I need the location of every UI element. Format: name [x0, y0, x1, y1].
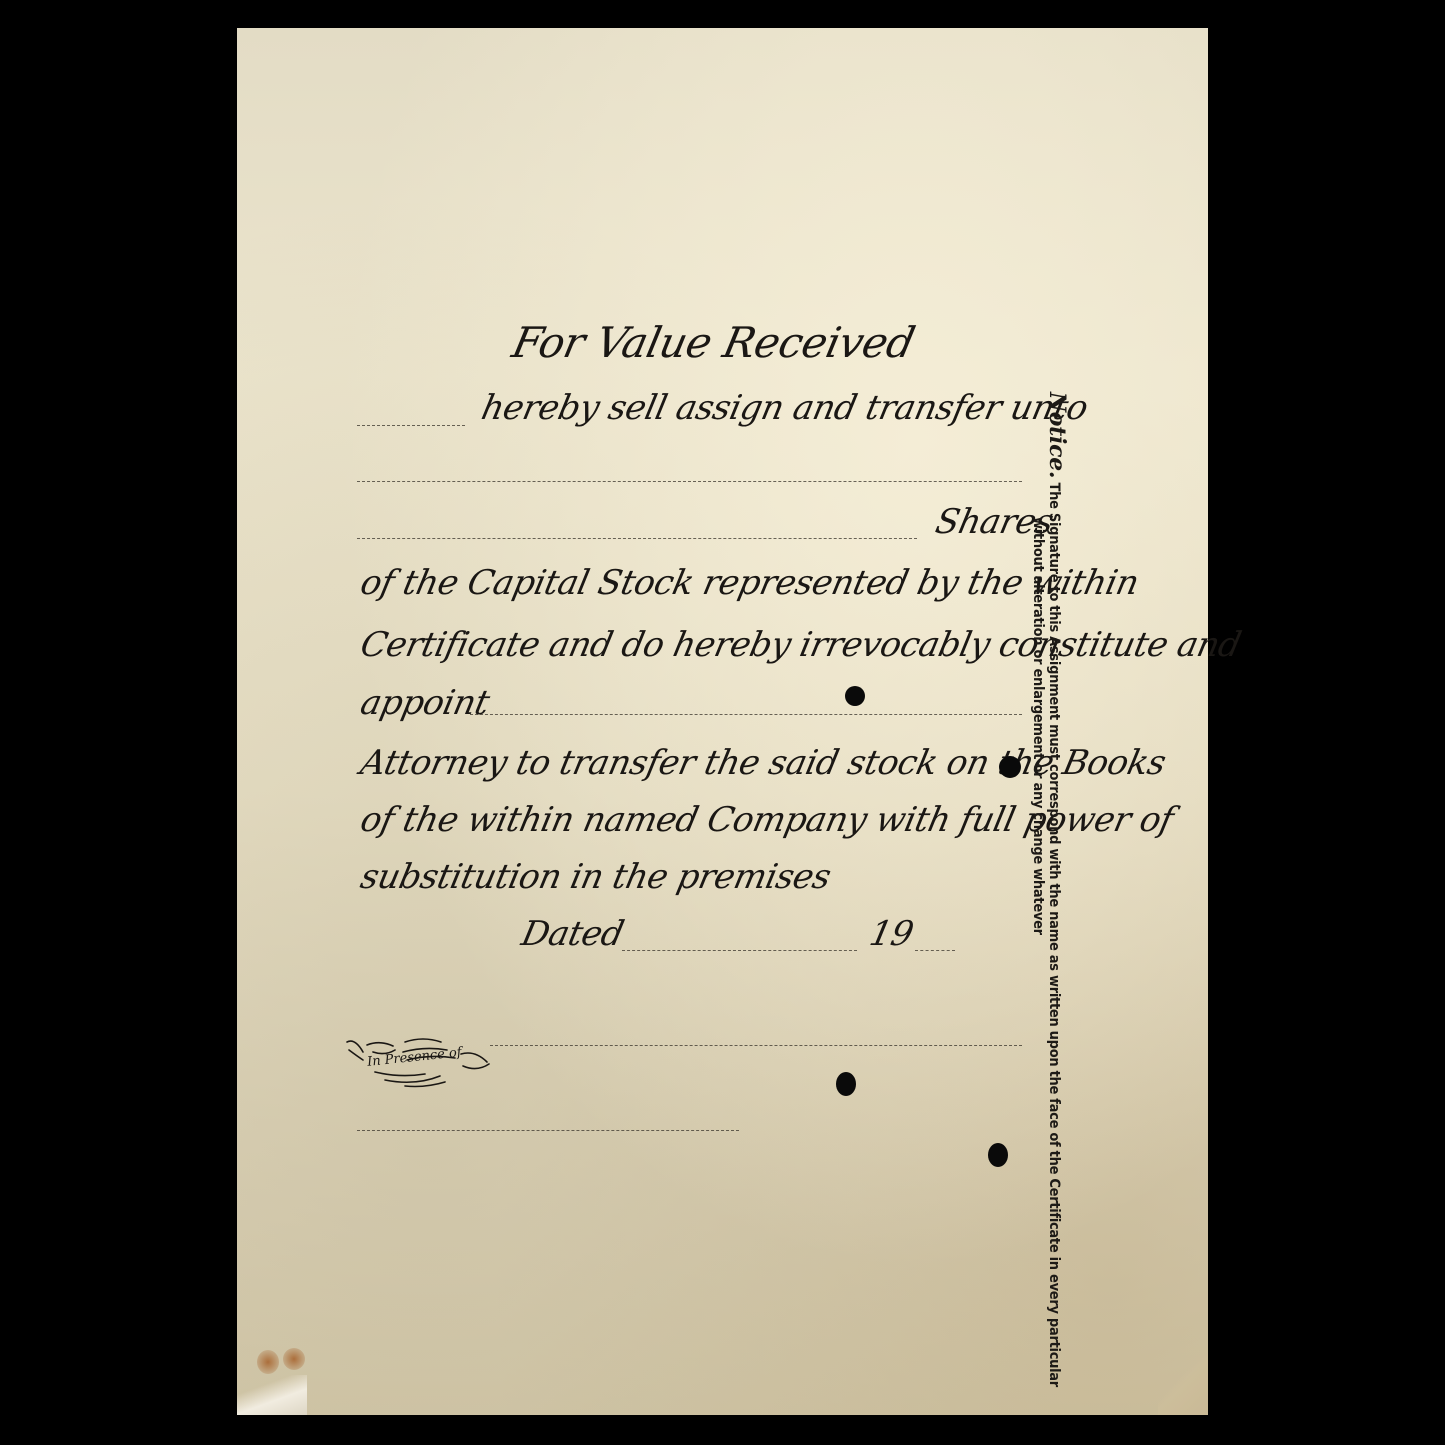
punch-hole [836, 1072, 856, 1096]
certificate-clause: Certificate and do hereby irrevocably co… [357, 625, 1244, 665]
notice-heading: Notice. [1044, 392, 1070, 478]
sell-clause: hereby sell assign and transfer unto [478, 388, 1091, 428]
folded-corner [1158, 1345, 1208, 1415]
assignee-blank[interactable] [357, 481, 1022, 482]
witness-blank[interactable] [357, 1130, 739, 1131]
punch-hole [845, 686, 865, 706]
year-blank[interactable] [915, 950, 955, 951]
form-title: For Value Received [508, 318, 919, 367]
appoint-label: appoint [357, 683, 493, 723]
date-blank[interactable] [622, 950, 857, 951]
year-prefix: 19 [866, 914, 917, 954]
capital-stock-clause: of the Capital Stock represented by the … [357, 563, 1142, 603]
signature-notice: Notice. The Signature to this Assignment… [1030, 392, 1070, 1192]
notice-line-1: The Signature to this Assignment must co… [1046, 483, 1062, 1387]
attorney-blank[interactable] [470, 714, 1022, 715]
torn-corner [237, 1375, 307, 1415]
punch-hole [988, 1143, 1008, 1167]
rust-stain [283, 1348, 305, 1370]
signature-blank[interactable] [490, 1045, 1022, 1046]
shares-blank[interactable] [357, 538, 917, 539]
dated-label: Dated [518, 914, 627, 954]
assignor-blank[interactable] [357, 425, 465, 426]
in-presence-of-flourish: In Presence of [345, 1030, 495, 1090]
punch-hole [999, 756, 1021, 778]
rust-stain [257, 1350, 279, 1374]
substitution-clause: substitution in the premises [357, 857, 834, 897]
